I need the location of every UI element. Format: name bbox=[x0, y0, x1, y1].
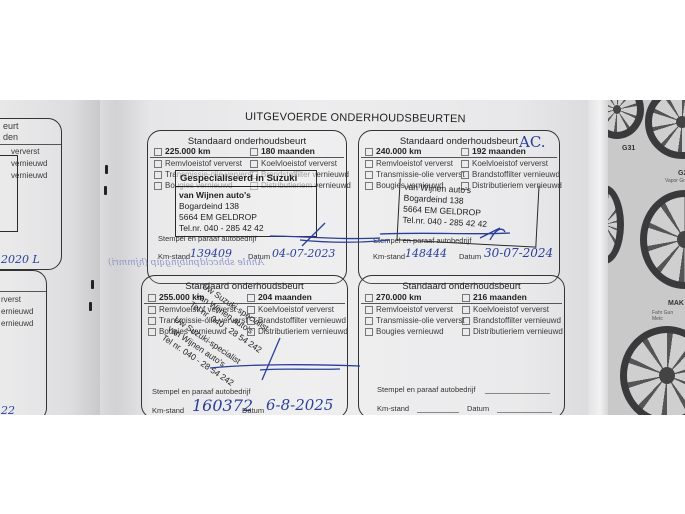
checkbox[interactable] bbox=[250, 160, 258, 168]
checkbox[interactable] bbox=[365, 160, 373, 168]
left-page: eurt den ververst vernieuwd vernieuwd 20… bbox=[0, 100, 100, 415]
date-field[interactable] bbox=[497, 412, 552, 413]
wheel-image bbox=[645, 100, 685, 159]
checkbox[interactable] bbox=[154, 182, 162, 190]
page-edge bbox=[588, 100, 608, 415]
wheel-image bbox=[640, 190, 685, 289]
wheel-catalog-background: G31 G2 Vapor Gr MAK Fahr Gun Metc bbox=[600, 100, 685, 415]
checkbox[interactable] bbox=[365, 182, 373, 190]
left-box-top: eurt den ververst vernieuwd vernieuwd 20… bbox=[0, 118, 62, 270]
wheel-image bbox=[620, 326, 685, 415]
signature-strokes bbox=[150, 218, 550, 408]
checkbox[interactable] bbox=[365, 171, 373, 179]
checkbox[interactable] bbox=[461, 171, 469, 179]
service-booklet-photo: eurt den ververst vernieuwd vernieuwd 20… bbox=[0, 100, 685, 415]
checkbox[interactable] bbox=[250, 148, 258, 156]
left-box-bottom: rverst ernieuwd ernieuwd 22 bbox=[0, 270, 47, 415]
page-title: UITGEVOERDE ONDERHOUDSBEURTEN bbox=[245, 111, 466, 125]
checkbox[interactable] bbox=[154, 171, 162, 179]
checkbox[interactable] bbox=[461, 148, 469, 156]
checkbox[interactable] bbox=[365, 148, 373, 156]
km-field[interactable] bbox=[417, 412, 459, 413]
checkbox[interactable] bbox=[461, 160, 469, 168]
staple-mark bbox=[91, 280, 94, 289]
staple-mark bbox=[104, 186, 107, 195]
checkbox[interactable] bbox=[154, 148, 162, 156]
left-stamp-fragment bbox=[0, 155, 18, 232]
technician-initials: AC. bbox=[519, 133, 546, 151]
left-handwriting-top: 2020 L bbox=[1, 253, 40, 266]
staple-mark bbox=[105, 165, 108, 174]
checkbox[interactable] bbox=[154, 160, 162, 168]
staple-mark bbox=[89, 302, 92, 311]
